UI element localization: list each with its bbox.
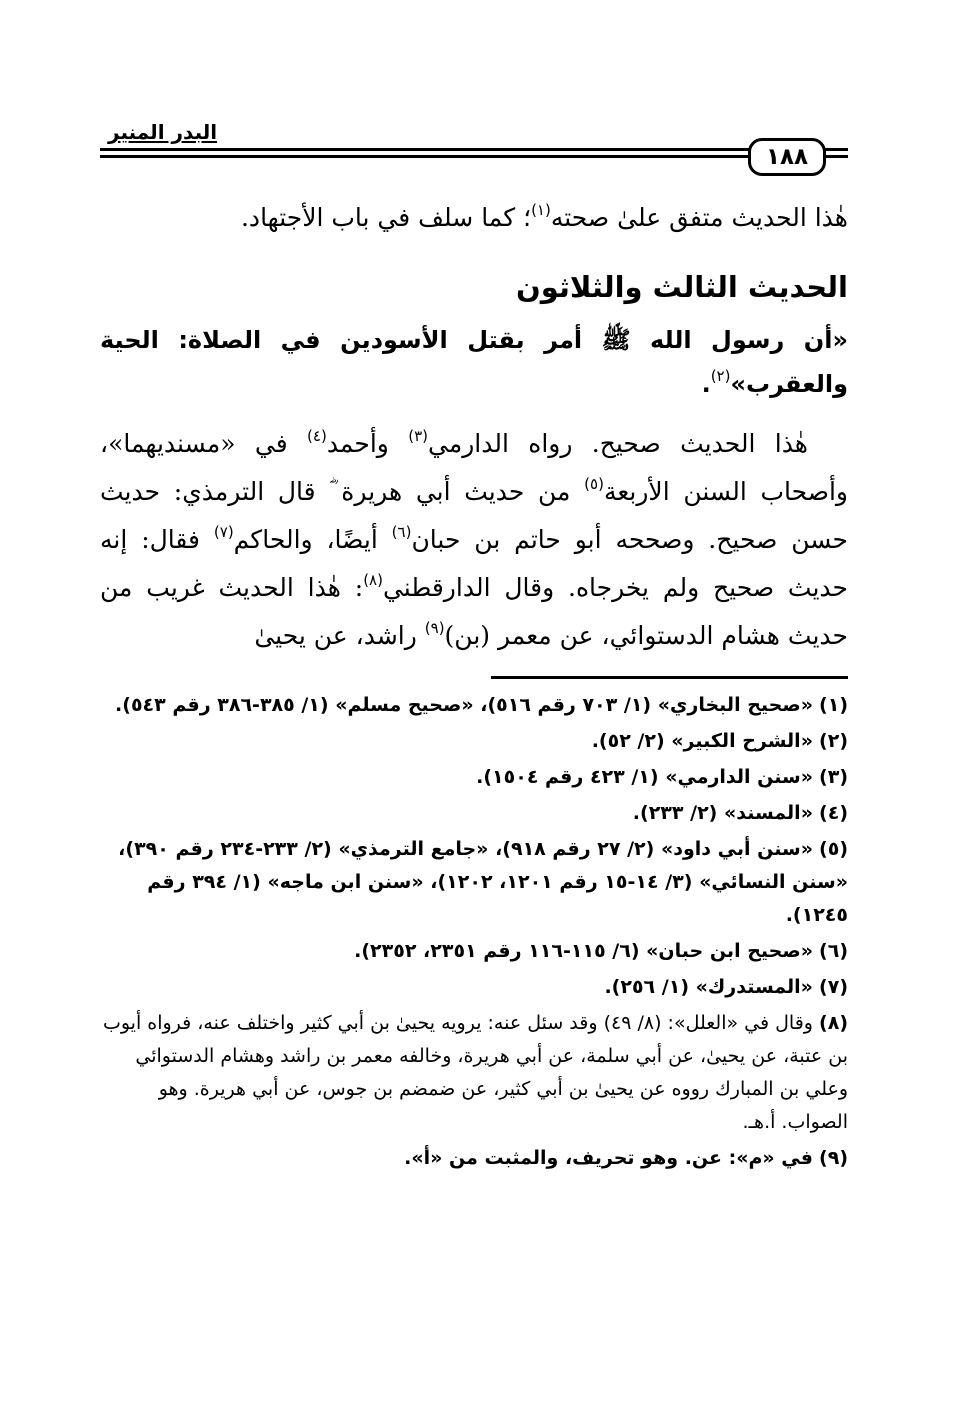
footnote-number: (٨) xyxy=(819,1012,848,1034)
section-title: الحديث الثالث والثلاثون xyxy=(100,262,848,312)
footnote-text: «صحيح البخاري» (١/ ٧٠٣ رقم ٥١٦)، «صحيح م… xyxy=(115,694,813,716)
footnote-text: «سنن الدارمي» (١/ ٤٢٣ رقم ١٥٠٤). xyxy=(476,766,813,788)
footnote-ref[interactable]: (٧) xyxy=(214,523,234,541)
hadith-quote: «أن رسول الله ﷺ أمر بقتل الأسودين في الص… xyxy=(100,318,848,406)
footnote-4: (٤) «المسند» (٢/ ٢٣٣). xyxy=(100,797,848,830)
footnote-number: (٥) xyxy=(819,838,848,860)
intro-text: هٰذا الحديث متفق علىٰ صحته xyxy=(551,203,848,232)
footnote-text: وقال في «العلل»: (٨/ ٤٩) وقد سئل عنه: ير… xyxy=(103,1012,848,1133)
commentary-paragraph: هٰذا الحديث صحيح. رواه الدارمي(٣) وأحمد(… xyxy=(100,420,848,660)
footnote-text: «صحيح ابن حبان» (٦/ ١١٥-١١٦ رقم ٢٣٥١، ٢٣… xyxy=(354,940,813,962)
footnote-text: «الشرح الكبير» (٢/ ٥٢). xyxy=(592,730,813,752)
paragraph-text: وأحمد xyxy=(327,429,408,458)
hadith-tail: . xyxy=(702,370,711,398)
footnote-6: (٦) «صحيح ابن حبان» (٦/ ١١٥-١١٦ رقم ٢٣٥١… xyxy=(100,935,848,968)
page-header: ١٨٨ البدر المنير xyxy=(100,118,848,176)
footnote-text: في «م»: عن. وهو تحريف، والمثبت من «أ». xyxy=(404,1147,813,1169)
footnote-number: (٢) xyxy=(819,730,848,752)
footnote-number: (٣) xyxy=(819,766,848,788)
running-title: البدر المنير xyxy=(108,118,217,146)
footnote-number: (٩) xyxy=(819,1147,848,1169)
footnote-number: (٧) xyxy=(819,976,848,998)
footnote-ref[interactable]: (٨) xyxy=(363,571,383,589)
paragraph-text: راشد، عن يحيىٰ xyxy=(254,621,424,650)
page-number: ١٨٨ xyxy=(748,138,826,176)
paragraph-text: أيضًا، والحاكم xyxy=(234,525,392,554)
footnote-5: (٥) «سنن أبي داود» (٢/ ٢٧ رقم ٩١٨)، «جام… xyxy=(100,833,848,932)
header-rule xyxy=(100,155,848,158)
page-number-text: ١٨٨ xyxy=(766,146,808,169)
footnote-7: (٧) «المستدرك» (١/ ٢٥٦). xyxy=(100,971,848,1004)
hadith-text: «أن رسول الله ﷺ أمر بقتل الأسودين في الص… xyxy=(100,326,848,398)
footnote-text: «سنن أبي داود» (٢/ ٢٧ رقم ٩١٨)، «جامع ال… xyxy=(118,838,848,926)
footnote-text: «المسند» (٢/ ٢٣٣). xyxy=(633,802,813,824)
footnote-number: (٤) xyxy=(819,802,848,824)
footnote-ref[interactable]: (٢) xyxy=(711,367,731,385)
header-rule xyxy=(100,148,848,151)
intro-line: هٰذا الحديث متفق علىٰ صحته(١)؛ كما سلف ف… xyxy=(100,194,848,242)
footnote-text: «المستدرك» (١/ ٢٥٦). xyxy=(604,976,813,998)
footnotes: (١) «صحيح البخاري» (١/ ٧٠٣ رقم ٥١٦)، «صح… xyxy=(100,689,848,1175)
footnote-number: (٦) xyxy=(819,940,848,962)
book-page: ١٨٨ البدر المنير هٰذا الحديث متفق علىٰ ص… xyxy=(100,118,848,1178)
footnote-ref[interactable]: (١) xyxy=(531,201,551,219)
footnote-ref[interactable]: (٥) xyxy=(584,475,604,493)
footnote-separator xyxy=(491,676,848,679)
footnote-3: (٣) «سنن الدارمي» (١/ ٤٢٣ رقم ١٥٠٤). xyxy=(100,761,848,794)
footnote-2: (٢) «الشرح الكبير» (٢/ ٥٢). xyxy=(100,725,848,758)
footnote-ref[interactable]: (٤) xyxy=(307,427,327,445)
footnote-ref[interactable]: (٩) xyxy=(425,619,445,637)
footnote-9: (٩) في «م»: عن. وهو تحريف، والمثبت من «أ… xyxy=(100,1142,848,1175)
footnote-1: (١) «صحيح البخاري» (١/ ٧٠٣ رقم ٥١٦)، «صح… xyxy=(100,689,848,722)
footnote-ref[interactable]: (٣) xyxy=(408,427,428,445)
intro-tail: ؛ كما سلف في باب الأجتهاد. xyxy=(241,203,531,232)
footnote-ref[interactable]: (٦) xyxy=(392,523,412,541)
footnote-8: (٨) وقال في «العلل»: (٨/ ٤٩) وقد سئل عنه… xyxy=(100,1007,848,1139)
footnote-number: (١) xyxy=(819,694,848,716)
main-text: هٰذا الحديث متفق علىٰ صحته(١)؛ كما سلف ف… xyxy=(100,194,848,660)
paragraph-text: هٰذا الحديث صحيح. رواه الدارمي xyxy=(428,429,808,458)
